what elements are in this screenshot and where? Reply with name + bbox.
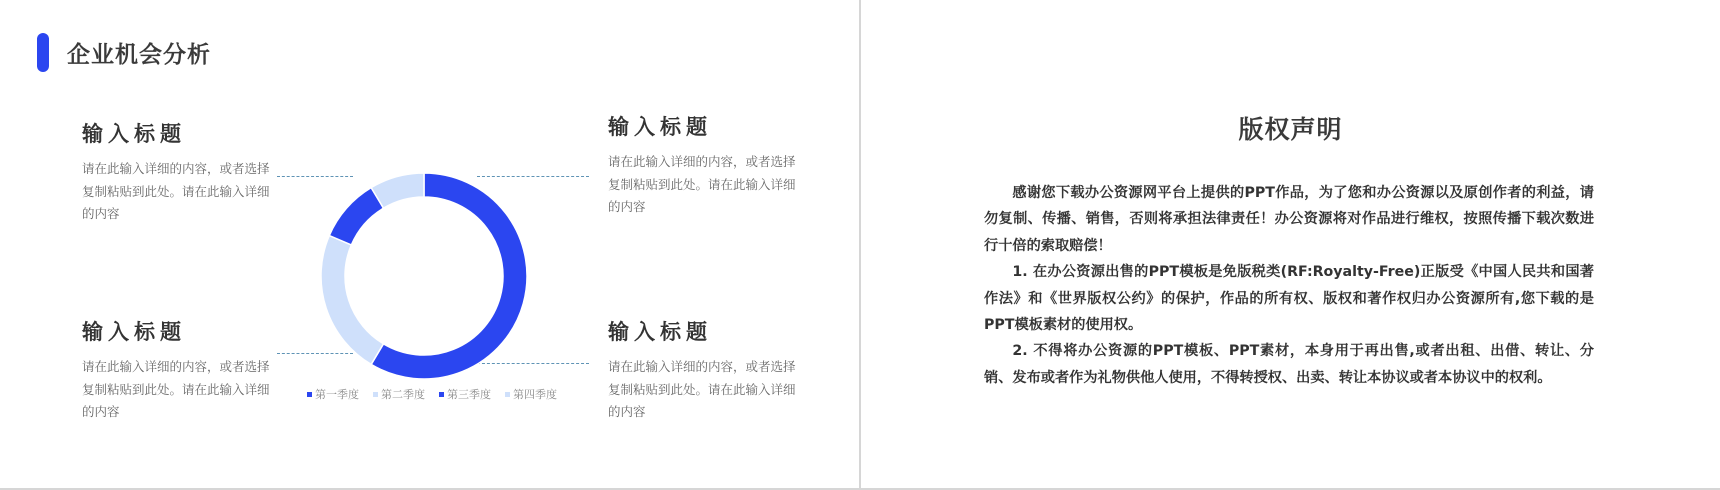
block-text: 请在此输入详细的内容，或者选择复制粘贴到此处。请在此输入详细的内容 — [82, 356, 272, 424]
block-title: 输入标题 — [82, 316, 272, 346]
title-accent-bar — [37, 33, 49, 72]
block-title: 输入标题 — [608, 316, 798, 346]
text-block-top-left: 输入标题 请在此输入详细的内容，或者选择复制粘贴到此处。请在此输入详细的内容 — [82, 118, 272, 226]
legend-label: 第一季度 — [315, 386, 359, 402]
donut-segment-2[interactable] — [321, 236, 383, 365]
chart-legend: 第一季度 第二季度 第三季度 第四季度 — [307, 386, 557, 402]
donut-segment-1[interactable] — [371, 173, 527, 379]
block-title: 输入标题 — [608, 111, 798, 141]
legend-swatch — [373, 392, 378, 397]
legend-item-q2[interactable]: 第二季度 — [373, 386, 425, 402]
slide-copyright[interactable]: 版权声明 感谢您下载办公资源网平台上提供的PPT作品，为了您和办公资源以及原创作… — [861, 0, 1720, 488]
text-block-top-right: 输入标题 请在此输入详细的内容，或者选择复制粘贴到此处。请在此输入详细的内容 — [608, 111, 798, 219]
block-text: 请在此输入详细的内容，或者选择复制粘贴到此处。请在此输入详细的内容 — [82, 158, 272, 226]
copyright-body: 感谢您下载办公资源网平台上提供的PPT作品，为了您和办公资源以及原创作者的利益，… — [984, 180, 1594, 391]
block-text: 请在此输入详细的内容，或者选择复制粘贴到此处。请在此输入详细的内容 — [608, 356, 798, 424]
legend-item-q1[interactable]: 第一季度 — [307, 386, 359, 402]
legend-label: 第二季度 — [381, 386, 425, 402]
slide-title: 企业机会分析 — [67, 36, 211, 69]
legend-swatch — [439, 392, 444, 397]
copyright-title: 版权声明 — [861, 110, 1720, 146]
block-title: 输入标题 — [82, 118, 272, 148]
slide-enterprise-opportunity[interactable]: 企业机会分析 输入标题 请在此输入详细的内容，或者选择复制粘贴到此处。请在此输入… — [0, 0, 859, 488]
legend-item-q4[interactable]: 第四季度 — [505, 386, 557, 402]
copyright-paragraph: 1. 在办公资源出售的PPT模板是免版税类(RF:Royalty-Free)正版… — [984, 259, 1594, 338]
legend-swatch — [307, 392, 312, 397]
donut-segment-3[interactable] — [329, 188, 383, 245]
block-text: 请在此输入详细的内容，或者选择复制粘贴到此处。请在此输入详细的内容 — [608, 151, 798, 219]
donut-chart[interactable] — [320, 172, 528, 380]
text-block-bottom-left: 输入标题 请在此输入详细的内容，或者选择复制粘贴到此处。请在此输入详细的内容 — [82, 316, 272, 424]
legend-swatch — [505, 392, 510, 397]
legend-label: 第四季度 — [513, 386, 557, 402]
legend-item-q3[interactable]: 第三季度 — [439, 386, 491, 402]
legend-label: 第三季度 — [447, 386, 491, 402]
copyright-paragraph: 2. 不得将办公资源的PPT模板、PPT素材，本身用于再出售,或者出租、出借、转… — [984, 338, 1594, 391]
copyright-paragraph: 感谢您下载办公资源网平台上提供的PPT作品，为了您和办公资源以及原创作者的利益，… — [984, 180, 1594, 259]
text-block-bottom-right: 输入标题 请在此输入详细的内容，或者选择复制粘贴到此处。请在此输入详细的内容 — [608, 316, 798, 424]
